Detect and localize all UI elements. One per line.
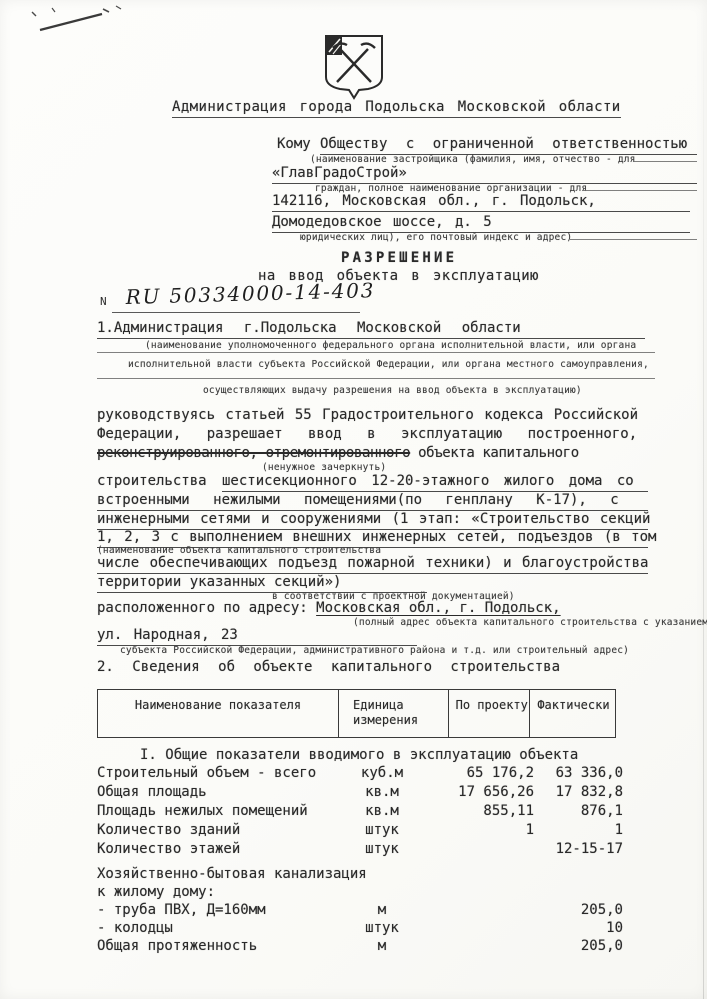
row-label: Строительный объем - всего: [97, 765, 316, 781]
addressee-org-type: Обществу с ограниченной ответственностью: [320, 136, 697, 155]
section1-hint-1: (наименование уполномоченного федерально…: [145, 341, 636, 352]
table-group-title: I. Общие показатели вводимого в эксплуат…: [140, 747, 578, 763]
pencil-mark: [18, 2, 128, 42]
row-label: - колодцы: [97, 920, 173, 936]
addressee-to-label: Кому: [277, 136, 311, 152]
body-line-1: руководствуясь статьей 55 Градостроитель…: [97, 407, 638, 423]
doc-number-label: N: [100, 296, 107, 309]
row-label: Площадь нежилых помещений: [97, 803, 308, 819]
row-label: Количество этажей: [97, 841, 240, 857]
row-actual-value: 876,1: [530, 803, 623, 819]
row-project-value: 1: [440, 822, 534, 838]
column-header-by-project: По проекту: [448, 690, 530, 737]
sewer-title-2: к жилому дому:: [97, 884, 215, 900]
row-unit: штук: [332, 841, 432, 857]
body-line-10: расположенного по адресу: Московская обл…: [97, 600, 561, 616]
addressee-address-1: 142116, Московская обл., г. Подольск,: [272, 193, 690, 212]
row-actual-value: 17 832,8: [530, 784, 623, 800]
podolsk-coat-of-arms-icon: [320, 33, 388, 101]
form-rule: [633, 161, 697, 162]
table-row: Общая площадь кв.м 17 656,26 17 832,8: [97, 784, 627, 803]
column-header-actual: Фактически: [529, 690, 615, 737]
doc-title: РАЗРЕШЕНИЕ: [341, 250, 457, 266]
table-row: Общая протяженность м 205,0: [97, 938, 627, 957]
row-label: Общая протяженность: [97, 938, 257, 954]
indicators-table-header: Наименование показателя Единица измерени…: [97, 689, 616, 738]
table-row: Количество зданий штук 1 1: [97, 822, 627, 841]
org-title: Администрация города Подольска Московско…: [172, 99, 621, 118]
row-project-value: 65 176,2: [440, 765, 534, 781]
row-label: - труба ПВХ, Д=160мм: [97, 902, 266, 918]
addressee-hint-3: юридических лиц), его почтовый индекс и …: [300, 233, 572, 244]
body-line-5: встроенными нежилыми помещениями(по генп…: [97, 492, 648, 511]
scan-edge-artifact: [703, 0, 704, 999]
row-actual-value: 63 336,0: [530, 765, 623, 781]
table-row: - колодцы штук 10: [97, 920, 627, 939]
form-rule: [570, 239, 697, 240]
row-unit: штук: [332, 920, 432, 936]
row-unit: штук: [332, 822, 432, 838]
column-header-indicator: Наименование показателя: [98, 690, 338, 737]
addressee-address-2: Домодедовское шоссе, д. 5: [272, 214, 690, 233]
body-line-4-lead: строительства: [97, 473, 207, 489]
row-project-value: 855,11: [440, 803, 534, 819]
row-label: Количество зданий: [97, 822, 240, 838]
body-line-11: ул. Народная, 23: [97, 627, 417, 646]
body-line-3-tail: объекта капитального: [410, 445, 579, 461]
row-actual-value: 205,0: [530, 902, 623, 918]
column-header-unit: Единица измерения: [338, 690, 448, 737]
section1-authority: 1.Администрация г.Подольска Московской о…: [97, 320, 645, 339]
row-unit: кв.м: [332, 784, 432, 800]
row-actual-value: 205,0: [530, 938, 623, 954]
form-rule: [583, 190, 697, 191]
section1-hint-2: исполнительной власти субъекта Российско…: [128, 360, 649, 371]
addressee-org-name: «ГлавГрадоСтрой»: [272, 165, 697, 184]
body-line-4-value: шестисекционного 12-20-этажного жилого д…: [222, 473, 648, 492]
section1-hint-3: осуществляющих выдачу разрешения на ввод…: [203, 386, 582, 397]
table-row: Количество этажей штук 12-15-17: [97, 841, 627, 860]
body-line-2: Федерации, разрешает ввод в эксплуатацию…: [97, 426, 637, 442]
section2-title: 2. Сведения об объекте капитального стро…: [97, 659, 560, 675]
row-unit: м: [332, 938, 432, 954]
table-row: Строительный объем - всего куб.м 65 176,…: [97, 765, 627, 784]
hint-address-2: субъекта Российской Федерации, администр…: [120, 646, 629, 657]
row-label: Общая площадь: [97, 784, 207, 800]
row-actual-value: 1: [530, 822, 623, 838]
row-actual-value: 12-15-17: [530, 841, 623, 857]
row-unit: м: [332, 902, 432, 918]
body-line-6: инженерными сетями и сооружениями (1 эта…: [97, 511, 648, 530]
row-actual-value: 10: [530, 920, 623, 936]
table-row: - труба ПВХ, Д=160мм м 205,0: [97, 902, 627, 921]
struck-words: реконструированного, отремонтированного: [97, 445, 410, 461]
doc-number-handwritten: RU 50334000-14-403: [125, 279, 375, 309]
table-row: Площадь нежилых помещений кв.м 855,11 87…: [97, 803, 627, 822]
doc-number-underline: [112, 312, 360, 313]
row-unit: куб.м: [332, 765, 432, 781]
body-line-8: числе обеспечивающих подъезд пожарной те…: [97, 555, 648, 574]
body-line-3: реконструированного, отремонтированного …: [97, 445, 579, 461]
form-rule: [97, 378, 655, 379]
body-line-10-value: Московская обл., г. Подольск,: [316, 600, 560, 616]
row-unit: кв.м: [332, 803, 432, 819]
sewer-title-1: Хозяйственно-бытовая канализация: [97, 866, 367, 882]
row-project-value: 17 656,26: [440, 784, 534, 800]
form-rule: [97, 352, 655, 353]
scanned-document-page: Администрация города Подольска Московско…: [0, 0, 707, 999]
body-line-10-lead: расположенного по адресу:: [97, 600, 316, 616]
